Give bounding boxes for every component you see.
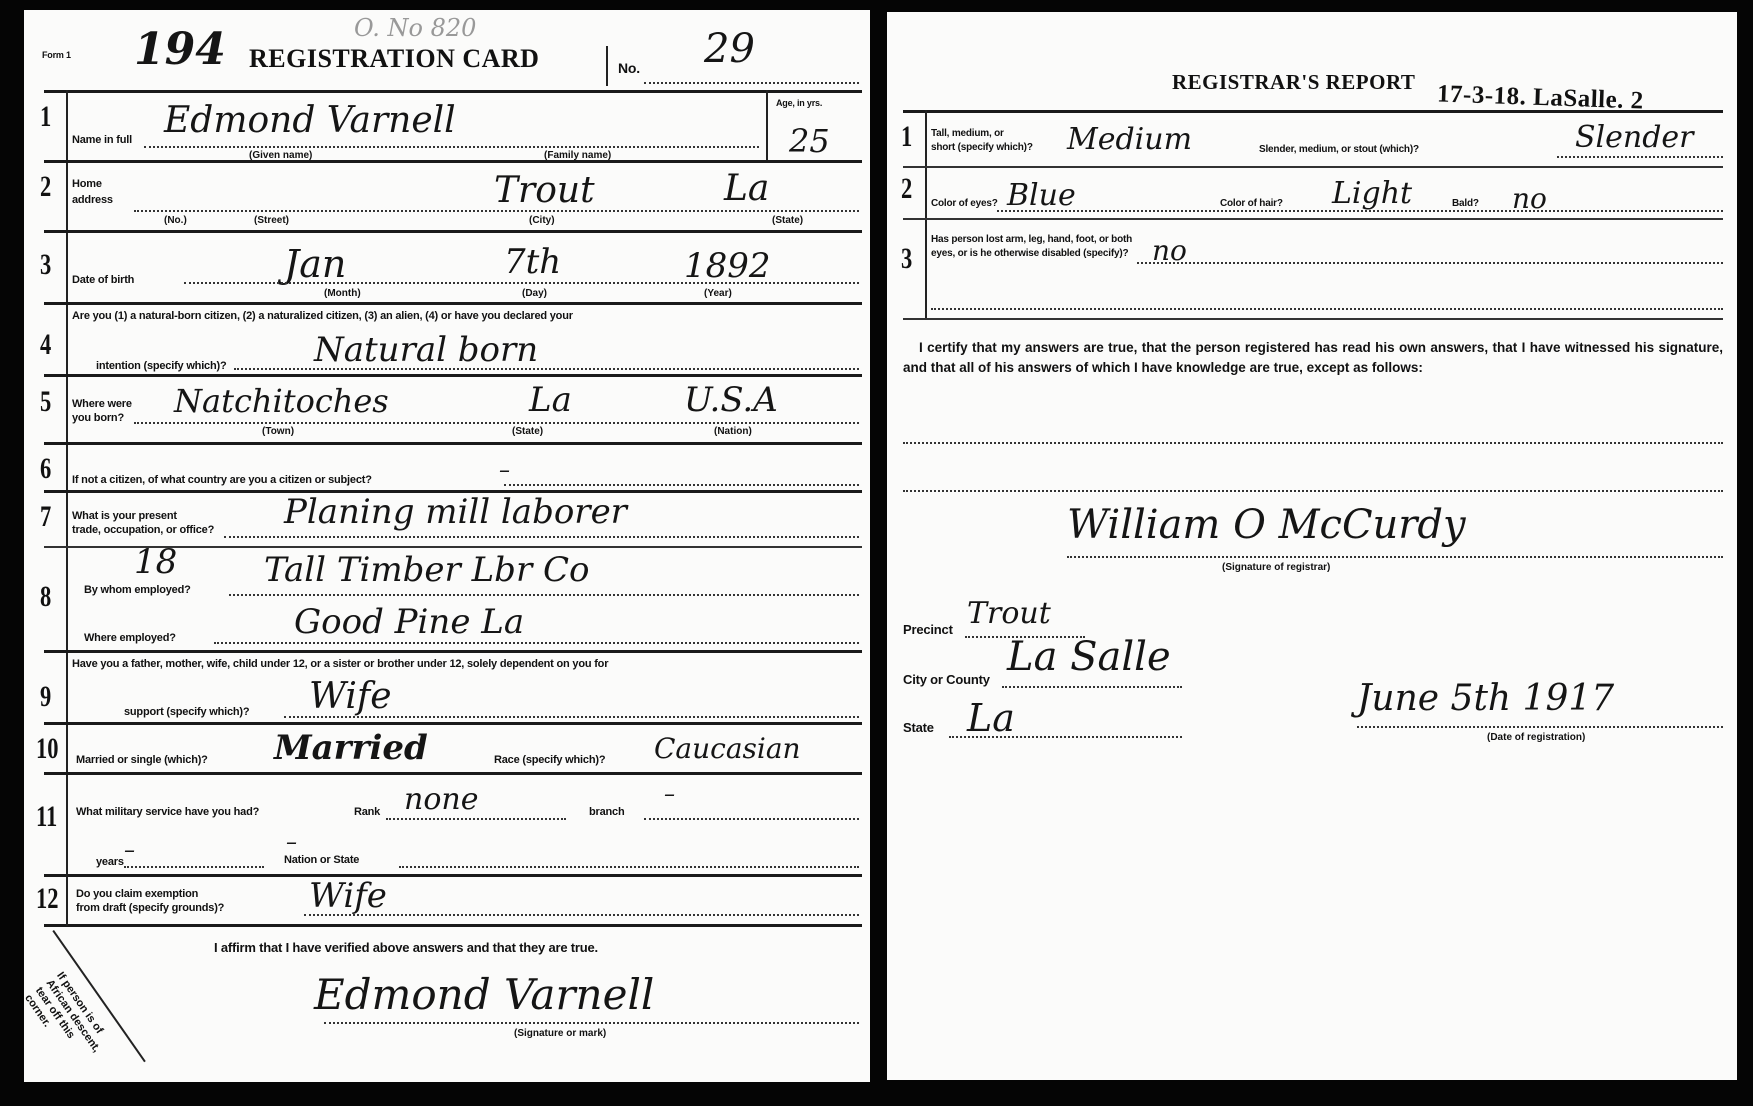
day-caption: (Day) — [522, 288, 547, 299]
branch-label: branch — [589, 806, 624, 818]
address-label: address — [72, 194, 113, 206]
county-label: City or County — [903, 672, 990, 687]
exemption-grounds: Wife — [309, 876, 387, 916]
nation-state: – — [286, 830, 297, 855]
hair-color-label: Color of hair? — [1220, 198, 1283, 209]
military-label: What military service have you had? — [76, 806, 259, 818]
disability-label-2: eyes, or is he otherwise disabled (speci… — [931, 248, 1128, 259]
exemption-label-2: from draft (specify grounds)? — [76, 902, 224, 914]
disability-label: Has person lost arm, leg, hand, foot, or… — [931, 234, 1132, 245]
marital-label: Married or single (which)? — [76, 754, 208, 766]
eye-color-label: Color of eyes? — [931, 198, 998, 209]
where-employed-label: Where employed? — [84, 632, 176, 644]
nation-caption: (Nation) — [714, 426, 752, 437]
branch: – — [664, 782, 675, 807]
birthplace-label: Where were — [72, 398, 132, 410]
birth-year: 1892 — [684, 246, 771, 286]
registrar-caption: (Signature of registrar) — [1222, 562, 1330, 573]
signature-caption: (Signature or mark) — [514, 1028, 606, 1039]
order-stamp: O. No 820 — [354, 14, 476, 42]
row-number: 12 — [36, 882, 59, 916]
registrars-report-back: REGISTRAR'S REPORT 17-3-18. LaSalle. 2 1… — [887, 12, 1737, 1080]
occupation: Planing mill laborer — [284, 492, 627, 532]
eye-color: Blue — [1007, 178, 1076, 213]
registrant-signature: Edmond Varnell — [314, 970, 654, 1019]
year-caption: (Year) — [704, 288, 732, 299]
race-label: Race (specify which)? — [494, 754, 605, 766]
home-city: Trout — [494, 170, 595, 211]
registration-number: 29 — [704, 26, 755, 72]
card-title: REGISTRATION CARD — [249, 44, 539, 74]
citizenship-question: Are you (1) a natural-born citizen, (2) … — [72, 310, 573, 322]
citizen-of-value: – — [499, 458, 510, 483]
birth-state: La — [529, 380, 572, 420]
name-label: Name in full — [72, 134, 132, 146]
row-number: 5 — [40, 385, 51, 419]
row-number: 4 — [40, 328, 51, 362]
row-number: 10 — [36, 732, 59, 766]
date-caption: (Date of registration) — [1487, 732, 1585, 743]
build-label: Slender, medium, or stout (which)? — [1259, 144, 1419, 155]
employer-label: By whom employed? — [84, 584, 191, 596]
years-label: years — [96, 856, 124, 868]
county-value: La Salle — [1007, 634, 1171, 680]
birth-nation: U.S.A — [684, 380, 778, 420]
affirmation-text: I affirm that I have verified above answ… — [214, 940, 598, 955]
row-number: 9 — [40, 680, 51, 714]
row-number: 3 — [40, 248, 51, 282]
state-caption: (State) — [512, 426, 543, 437]
state-label: State — [903, 720, 934, 735]
citizen-of-label: If not a citizen, of what country are yo… — [72, 474, 372, 486]
row-number: 2 — [901, 172, 912, 206]
citizenship-status: Natural born — [314, 330, 538, 370]
employer: Tall Timber Lbr Co — [264, 550, 590, 590]
hair-color: Light — [1332, 176, 1412, 211]
registration-card-front: Form 1 194 O. No 820 REGISTRATION CARD N… — [24, 10, 870, 1082]
dependents: Wife — [309, 676, 392, 717]
nation-state-label: Nation or State — [284, 854, 359, 866]
birth-town: Natchitoches — [174, 382, 389, 420]
rank-label: Rank — [354, 806, 380, 818]
dependents-label: support (specify which)? — [124, 706, 249, 718]
home-label: Home — [72, 178, 102, 190]
marital-status: Married — [274, 728, 428, 768]
employer-prefix: 18 — [134, 542, 177, 582]
birth-day: 7th — [504, 242, 561, 282]
precinct-value: Trout — [967, 596, 1051, 631]
rank: none — [404, 782, 478, 817]
dependents-question: Have you a father, mother, wife, child u… — [72, 658, 608, 670]
citizenship-label: intention (specify which)? — [96, 360, 226, 372]
state-caption: (State) — [772, 215, 803, 226]
birth-month: Jan — [284, 242, 346, 286]
age-value: 25 — [789, 122, 830, 160]
dob-label: Date of birth — [72, 274, 134, 286]
month-caption: (Month) — [324, 288, 361, 299]
row-number: 11 — [36, 800, 57, 834]
height-label: Tall, medium, or — [931, 128, 1004, 139]
serial-number: 194 — [134, 24, 226, 75]
city-caption: (City) — [529, 215, 555, 226]
years: – — [124, 838, 135, 863]
registrar-signature: William O McCurdy — [1067, 502, 1466, 548]
no-caption: (No.) — [164, 215, 187, 226]
row-number: 1 — [901, 120, 912, 154]
full-name: Edmond Varnell — [164, 100, 456, 141]
row-number: 1 — [40, 100, 51, 134]
build-value: Slender — [1575, 120, 1694, 155]
registration-date: June 5th 1917 — [1357, 678, 1614, 719]
tear-off-corner-note: If person is of African descent, tear of… — [21, 970, 113, 1070]
race: Caucasian — [654, 732, 801, 765]
row-number: 2 — [40, 170, 51, 204]
report-title: REGISTRAR'S REPORT — [1172, 70, 1415, 95]
height-value: Medium — [1067, 122, 1192, 157]
home-state: La — [724, 168, 769, 209]
birthplace-label-2: you born? — [72, 412, 124, 424]
bald-label: Bald? — [1452, 198, 1479, 209]
exemption-label: Do you claim exemption — [76, 888, 198, 900]
height-label-2: short (specify which)? — [931, 142, 1033, 153]
row-number: 6 — [40, 452, 51, 486]
row-number: 7 — [40, 500, 51, 534]
row-number: 3 — [901, 242, 912, 276]
age-label: Age, in yrs. — [776, 98, 822, 108]
precinct-label: Precinct — [903, 622, 953, 637]
form-label: Form 1 — [42, 50, 71, 60]
row-number: 8 — [40, 580, 51, 614]
no-label: No. — [618, 60, 640, 76]
occupation-label-2: trade, occupation, or office? — [72, 524, 214, 536]
certification-text: I certify that my answers are true, that… — [903, 338, 1723, 378]
occupation-label: What is your present — [72, 510, 177, 522]
where-employed: Good Pine La — [294, 602, 524, 642]
state-value: La — [967, 696, 1015, 740]
town-caption: (Town) — [262, 426, 294, 437]
street-caption: (Street) — [254, 215, 289, 226]
